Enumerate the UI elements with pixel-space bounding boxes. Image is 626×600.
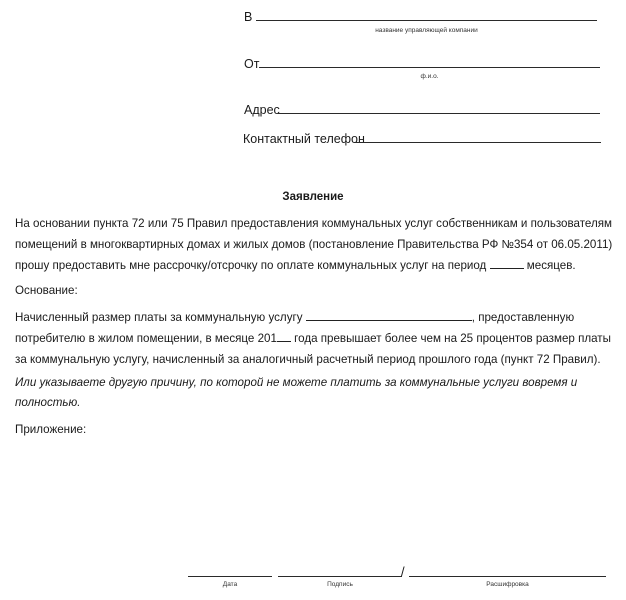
utility-service-field[interactable]: [306, 309, 472, 321]
signature-field[interactable]: [278, 576, 402, 577]
phone-label: Контактный телефон: [243, 132, 365, 146]
signature-caption: Подпись: [278, 581, 402, 589]
alternative-line-2: полностью.: [15, 393, 577, 413]
full-name-field[interactable]: [259, 67, 600, 68]
year-field[interactable]: [277, 330, 291, 342]
basis-line-1: Начисленный размер платы за коммунальную…: [15, 307, 611, 328]
basis-paragraph: Начисленный размер платы за коммунальную…: [15, 307, 611, 370]
document-title: Заявление: [0, 191, 626, 203]
date-field[interactable]: [188, 576, 272, 577]
transcript-caption: Расшифровка: [409, 581, 606, 589]
basis-line-3: за коммунальную услугу, начисленный за а…: [15, 349, 611, 370]
company-name-field[interactable]: [256, 20, 597, 21]
basis-label: Основание:: [15, 280, 78, 301]
request-line-1: На основании пункта 72 или 75 Правил пре…: [15, 213, 612, 234]
date-caption: Дата: [188, 581, 272, 589]
address-field[interactable]: [278, 113, 600, 114]
request-line-2: помещений в многоквартирных домах и жилы…: [15, 234, 612, 255]
basis-line-2-tail: года превышает более чем на 25 процентов…: [291, 332, 611, 345]
months-label: месяцев.: [527, 259, 576, 272]
request-line-3: прошу предоставить мне рассрочку/отсрочк…: [15, 255, 612, 276]
full-name-caption: ф.и.о.: [259, 73, 600, 81]
phone-field[interactable]: [354, 142, 601, 143]
from-label: От: [244, 57, 259, 71]
request-line-3-text: прошу предоставить мне рассрочку/отсрочк…: [15, 259, 486, 272]
to-label: В: [244, 10, 252, 24]
transcript-field[interactable]: [409, 576, 606, 577]
alternative-line-1: Или указываете другую причину, по которо…: [15, 373, 577, 393]
alternative-paragraph: Или указываете другую причину, по которо…: [15, 373, 577, 413]
basis-line-2-text: потребителю в жилом помещении, в месяце …: [15, 332, 277, 345]
company-name-caption: название управляющей компании: [256, 27, 597, 35]
basis-line-1-text: Начисленный размер платы за коммунальную…: [15, 311, 303, 324]
signature-separator: /: [401, 565, 405, 579]
address-label: Адрес: [244, 103, 280, 117]
request-paragraph: На основании пункта 72 или 75 Правил пре…: [15, 213, 612, 276]
basis-line-2: потребителю в жилом помещении, в месяце …: [15, 328, 611, 349]
attachment-label: Приложение:: [15, 419, 86, 440]
basis-line-1-tail: , предоставленную: [472, 311, 574, 324]
months-field[interactable]: [490, 257, 524, 269]
